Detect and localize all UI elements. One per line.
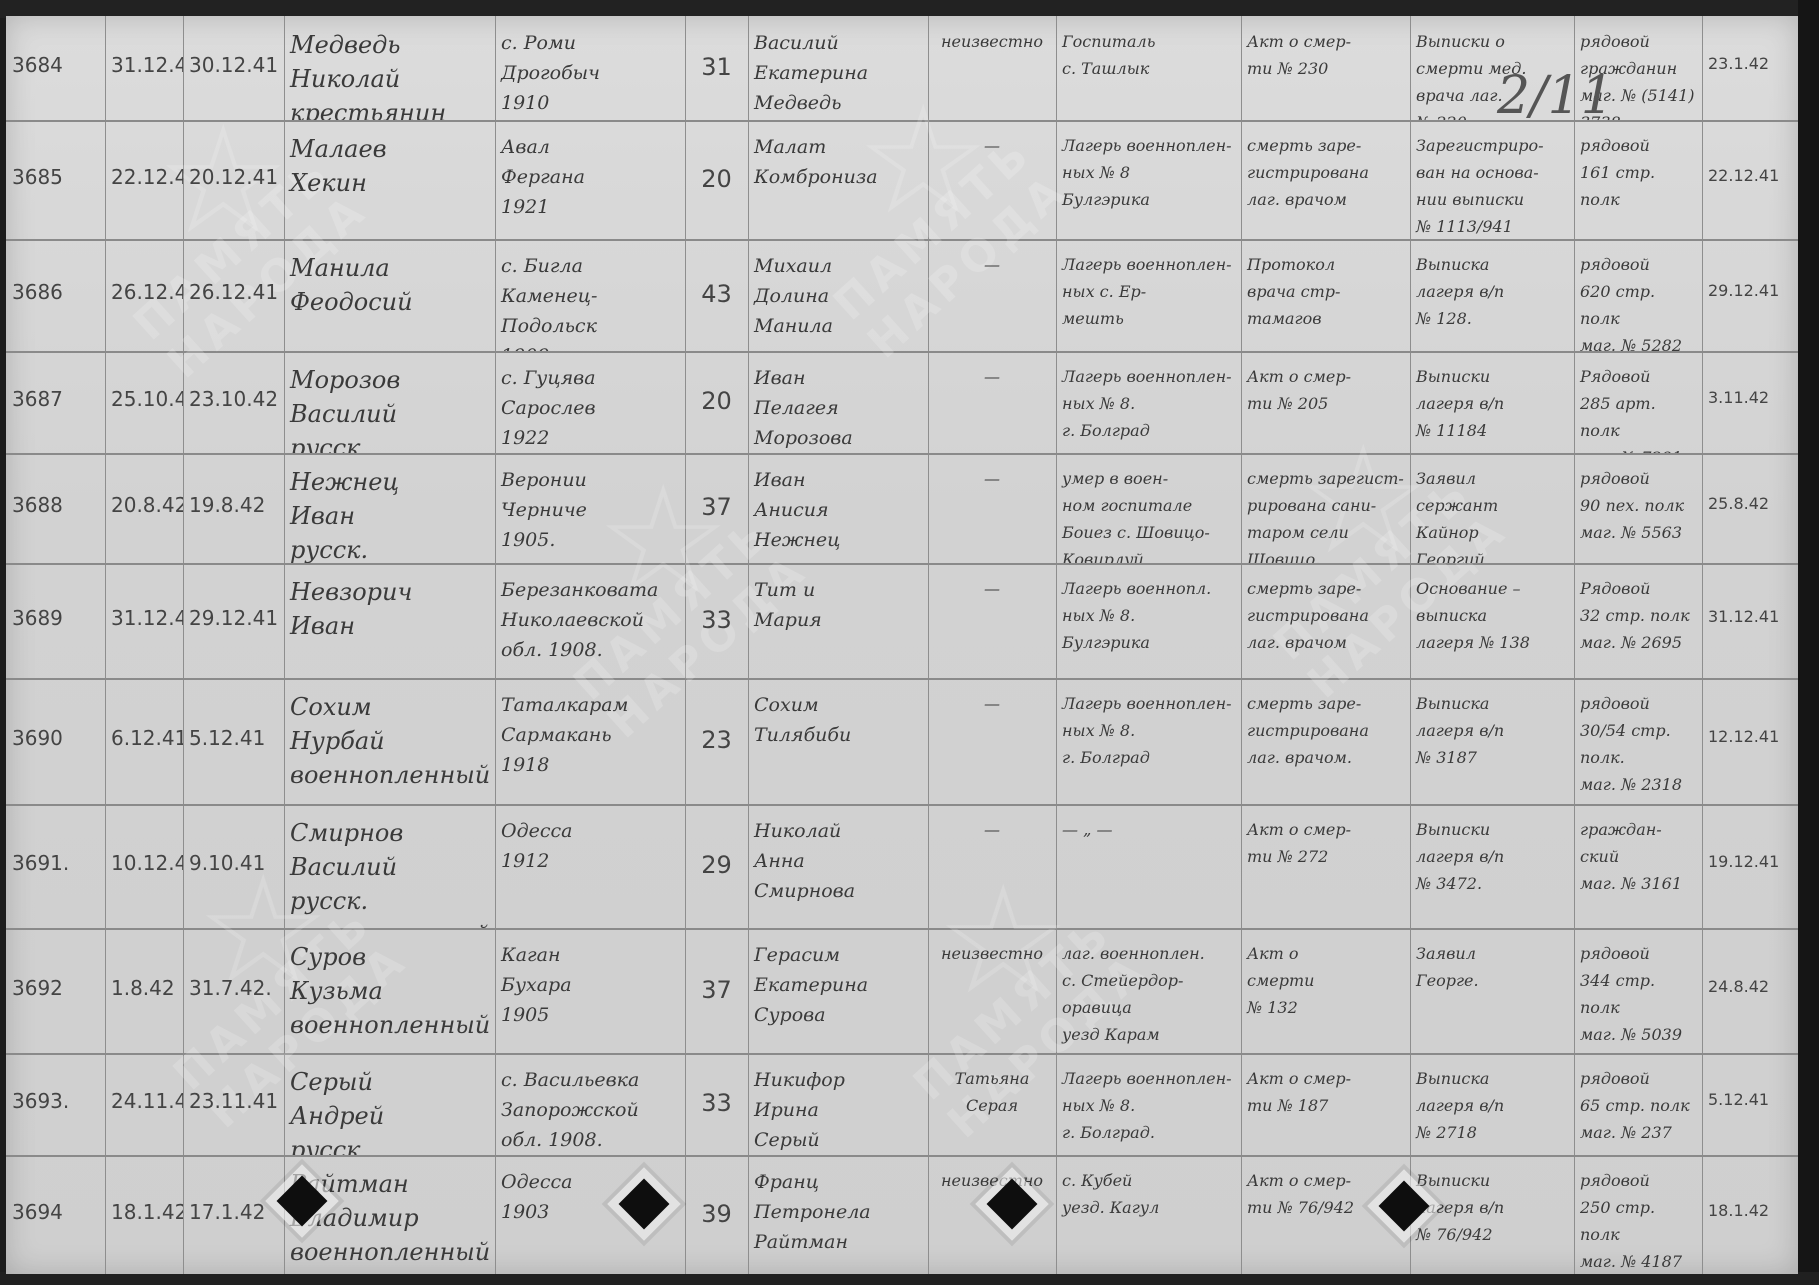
- cell-rank: рядовой 161 стр. полк: [1574, 128, 1702, 239]
- cell-doc1: Акт о смер- ти № 205: [1241, 359, 1410, 453]
- cell-date3: 25.8.42: [1702, 461, 1798, 563]
- margin-annotation: 2/11: [1491, 62, 1620, 130]
- cell-burial: с. Кубей уезд. Кагул: [1056, 1163, 1241, 1274]
- cell-birth: Веронии Черниче 1905.: [495, 461, 685, 563]
- cell-rank: рядовой 620 стр. полк маг. № 5282 (3899): [1574, 247, 1702, 351]
- cell-burial: Госпиталь с. Ташлык: [1056, 24, 1241, 120]
- row-rule: [6, 453, 1798, 455]
- cell-date3: 12.12.41: [1702, 686, 1798, 804]
- cell-doc1: Акт о смер- ти № 272: [1241, 812, 1410, 928]
- cell-birth: Одесса 1903: [495, 1163, 685, 1274]
- cell-name: Медведь Николай крестьянин военнопленный: [284, 24, 495, 120]
- cell-relatives: Михаил Долина Манила: [748, 247, 928, 351]
- cell-burial: Лагерь военноплен- ных № 8 Булгэрика: [1056, 128, 1241, 239]
- cell-field8: —: [928, 686, 1056, 804]
- cell-rank: Рядовой 285 арт. полк маг. № 7291: [1574, 359, 1702, 453]
- cell-date1: 1.8.42: [105, 936, 183, 1053]
- cell-doc1: Акт о смер- ти № 76/942: [1241, 1163, 1410, 1274]
- cell-date3: 5.12.41: [1702, 1061, 1798, 1155]
- cell-doc1: Акт о смер- ти № 230: [1241, 24, 1410, 120]
- register-page: ПАМЯТЬ НАРОДА☆ПАМЯТЬ НАРОДА☆ПАМЯТЬ НАРОД…: [6, 16, 1798, 1274]
- cell-date3: 18.1.42: [1702, 1163, 1798, 1274]
- cell-age: 20: [685, 359, 748, 453]
- cell-doc2: Выписка лагеря в/п № 2718: [1410, 1061, 1574, 1155]
- cell-age: 33: [685, 571, 748, 678]
- cell-field8: —: [928, 812, 1056, 928]
- cell-no: 3694: [6, 1163, 105, 1274]
- cell-age: 37: [685, 461, 748, 563]
- cell-field8: —: [928, 461, 1056, 563]
- cell-name: Смирнов Василий русск. военнопленный: [284, 812, 495, 928]
- cell-date1: 25.10.42: [105, 359, 183, 453]
- cell-birth: Березанковата Николаевской обл. 1908.: [495, 571, 685, 678]
- cell-doc2: Зарегистриро- ван на основа- нии выписки…: [1410, 128, 1574, 239]
- cell-field8: Татьяна Серая: [928, 1061, 1056, 1155]
- cell-date1: 31.12.41: [105, 571, 183, 678]
- cell-relatives: Иван Анисия Нежнец: [748, 461, 928, 563]
- cell-no: 3693.: [6, 1061, 105, 1155]
- cell-doc1: Акт о смер- ти № 187: [1241, 1061, 1410, 1155]
- cell-doc1: Протокол врача стр- тамагов: [1241, 247, 1410, 351]
- cell-birth: с. Гуцява Сарослев 1922: [495, 359, 685, 453]
- cell-burial: Лагерь военнопл. ных № 8. Булгэрика: [1056, 571, 1241, 678]
- cell-date1: 10.12.41: [105, 812, 183, 928]
- cell-burial: — „ —: [1056, 812, 1241, 928]
- cell-name: Невзорич Иван: [284, 571, 495, 678]
- cell-doc1: смерть заре- гистрирована лаг. врачом.: [1241, 686, 1410, 804]
- cell-birth: Каган Бухара 1905: [495, 936, 685, 1053]
- cell-age: 20: [685, 128, 748, 239]
- cell-date3: 31.12.41: [1702, 571, 1798, 678]
- cell-doc2: Выписки лагеря в/п № 11184: [1410, 359, 1574, 453]
- cell-date1: 24.11.41: [105, 1061, 183, 1155]
- cell-age: 33: [685, 1061, 748, 1155]
- cell-relatives: Тит и Мария: [748, 571, 928, 678]
- cell-no: 3690: [6, 686, 105, 804]
- cell-relatives: Франц Петронела Райтман: [748, 1163, 928, 1274]
- cell-name: Малаев Хекин: [284, 128, 495, 239]
- row-rule: [6, 563, 1798, 565]
- cell-date3: 23.1.42: [1702, 24, 1798, 120]
- cell-no: 3685: [6, 128, 105, 239]
- cell-date2: 23.10.42: [183, 359, 284, 453]
- cell-age: 37: [685, 936, 748, 1053]
- row-rule: [6, 678, 1798, 680]
- cell-relatives: Василий Екатерина Медведь: [748, 24, 928, 120]
- cell-date1: 6.12.41: [105, 686, 183, 804]
- cell-rank: рядовой 30/54 стр. полк. маг. № 2318: [1574, 686, 1702, 804]
- cell-doc2: Выписки лагеря в/п № 76/942: [1410, 1163, 1574, 1274]
- cell-date2: 19.8.42: [183, 461, 284, 563]
- cell-doc1: Акт о смерти № 132: [1241, 936, 1410, 1053]
- cell-burial: Лагерь военноплен- ных с. Ер- мешть: [1056, 247, 1241, 351]
- row-rule: [6, 928, 1798, 930]
- cell-date2: 17.1.42: [183, 1163, 284, 1274]
- cell-relatives: Герасим Екатерина Сурова: [748, 936, 928, 1053]
- cell-date2: 9.10.41: [183, 812, 284, 928]
- cell-birth: с. Роми Дрогобыч 1910: [495, 24, 685, 120]
- cell-no: 3692: [6, 936, 105, 1053]
- cell-age: 39: [685, 1163, 748, 1274]
- cell-date2: 29.12.41: [183, 571, 284, 678]
- cell-rank: Рядовой 32 стр. полк маг. № 2695: [1574, 571, 1702, 678]
- cell-date1: 22.12.41: [105, 128, 183, 239]
- cell-age: 43: [685, 247, 748, 351]
- cell-birth: Таталкарам Сармакань 1918: [495, 686, 685, 804]
- cell-birth: Одесса 1912: [495, 812, 685, 928]
- cell-rank: граждан- ский маг. № 3161: [1574, 812, 1702, 928]
- cell-name: Морозов Василий русск. военнопленный: [284, 359, 495, 453]
- cell-date2: 20.12.41: [183, 128, 284, 239]
- cell-name: Суров Кузьма военнопленный русск.: [284, 936, 495, 1053]
- cell-doc2: Основание – выписка лагеря № 138: [1410, 571, 1574, 678]
- cell-name: Серый Андрей русск. военнопленный: [284, 1061, 495, 1155]
- row-rule: [6, 1053, 1798, 1055]
- cell-doc2: Заявил сержант Кайнор Георгий: [1410, 461, 1574, 563]
- cell-field8: неизвестно: [928, 1163, 1056, 1274]
- cell-relatives: Сохим Тилябиби: [748, 686, 928, 804]
- cell-field8: —: [928, 359, 1056, 453]
- cell-burial: лаг. военноплен. с. Стейердор- оравица у…: [1056, 936, 1241, 1053]
- cell-burial: умер в воен- ном госпитале Боиез с. Шови…: [1056, 461, 1241, 563]
- cell-no: 3684: [6, 24, 105, 120]
- cell-date2: 26.12.41: [183, 247, 284, 351]
- cell-date3: 19.12.41: [1702, 812, 1798, 928]
- cell-doc1: смерть зарегист- рирована сани- таром се…: [1241, 461, 1410, 563]
- cell-relatives: Малат Комброниза: [748, 128, 928, 239]
- cell-no: 3687: [6, 359, 105, 453]
- cell-date1: 18.1.42: [105, 1163, 183, 1274]
- cell-doc2: Выписки лагеря в/п № 3472.: [1410, 812, 1574, 928]
- cell-burial: Лагерь военноплен- ных № 8. г. Болград.: [1056, 1061, 1241, 1155]
- cell-rank: рядовой 65 стр. полк маг. № 237: [1574, 1061, 1702, 1155]
- cell-no: 3689: [6, 571, 105, 678]
- cell-rank: рядовой 344 стр. полк маг. № 5039: [1574, 936, 1702, 1053]
- row-rule: [6, 239, 1798, 241]
- cell-date1: 20.8.42: [105, 461, 183, 563]
- cell-rank: рядовой 90 пех. полк маг. № 5563: [1574, 461, 1702, 563]
- cell-burial: Лагерь военноплен- ных № 8. г. Болград: [1056, 686, 1241, 804]
- cell-doc2: Выписка лагеря в/п № 3187: [1410, 686, 1574, 804]
- cell-date2: 30.12.41: [183, 24, 284, 120]
- cell-name: Сохим Нурбай военнопленный: [284, 686, 495, 804]
- cell-name: Нежнец Иван русск. военнопленный: [284, 461, 495, 563]
- row-rule: [6, 1155, 1798, 1157]
- cell-name: Райтман Владимир военнопленный: [284, 1163, 495, 1274]
- cell-date1: 31.12.41: [105, 24, 183, 120]
- cell-field8: неизвестно: [928, 24, 1056, 120]
- cell-doc2: Выписка лагеря в/п № 128.: [1410, 247, 1574, 351]
- cell-rank: рядовой 250 стр. полк маг. № 4187: [1574, 1163, 1702, 1274]
- cell-age: 29: [685, 812, 748, 928]
- cell-no: 3691.: [6, 812, 105, 928]
- cell-birth: Авал Фергана 1921: [495, 128, 685, 239]
- cell-date1: 26.12.41: [105, 247, 183, 351]
- cell-age: 23: [685, 686, 748, 804]
- cell-relatives: Никифор Ирина Серый: [748, 1061, 928, 1155]
- cell-birth: с. Васильевка Запорожской обл. 1908.: [495, 1061, 685, 1155]
- cell-no: 3686: [6, 247, 105, 351]
- cell-relatives: Иван Пелагея Морозова: [748, 359, 928, 453]
- cell-field8: неизвестно: [928, 936, 1056, 1053]
- cell-date3: 24.8.42: [1702, 936, 1798, 1053]
- cell-doc1: смерть заре- гистрирована лаг. врачом: [1241, 128, 1410, 239]
- scan-border-right: [1798, 0, 1819, 1285]
- row-rule: [6, 804, 1798, 806]
- cell-name: Манила Феодосий: [284, 247, 495, 351]
- cell-burial: Лагерь военноплен- ных № 8. г. Болград: [1056, 359, 1241, 453]
- cell-doc2: Заявил Георге.: [1410, 936, 1574, 1053]
- cell-age: 31: [685, 24, 748, 120]
- cell-date2: 31.7.42.: [183, 936, 284, 1053]
- cell-birth: с. Бигла Каменец- Подольск 1909: [495, 247, 685, 351]
- cell-date3: 3.11.42: [1702, 359, 1798, 453]
- cell-date3: 22.12.41: [1702, 128, 1798, 239]
- cell-field8: —: [928, 247, 1056, 351]
- cell-field8: —: [928, 571, 1056, 678]
- cell-date3: 29.12.41: [1702, 247, 1798, 351]
- cell-doc1: смерть заре- гистрирована лаг. врачом: [1241, 571, 1410, 678]
- cell-date2: 5.12.41: [183, 686, 284, 804]
- cell-date2: 23.11.41: [183, 1061, 284, 1155]
- cell-no: 3688: [6, 461, 105, 563]
- cell-field8: —: [928, 128, 1056, 239]
- cell-relatives: Николай Анна Смирнова: [748, 812, 928, 928]
- row-rule: [6, 351, 1798, 353]
